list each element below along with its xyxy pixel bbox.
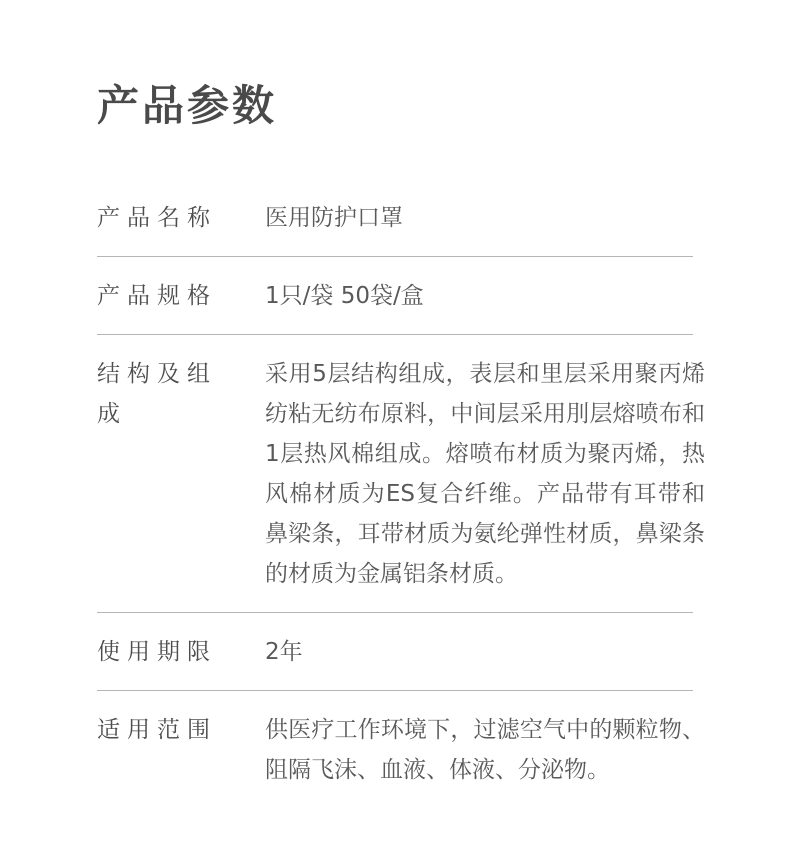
- spec-value-applicable-scope: 供医疗工作环境下，过滤空气中的颗粒物、阻隔飞沫、血液、体液、分泌物。: [265, 710, 705, 790]
- section-title: 产品参数: [97, 83, 705, 129]
- spec-row-shelf-life: 使用期限 2年: [97, 613, 705, 691]
- spec-value-shelf-life: 2年: [265, 632, 705, 672]
- spec-label-applicable-scope: 适用范围: [97, 710, 210, 750]
- spec-table: 产品名称 医用防护口罩 产品规格 1只/袋 50袋/盒 结构及组成 采用5层结构…: [97, 179, 705, 809]
- spec-label-product-spec: 产品规格: [97, 276, 210, 316]
- spec-row-product-name: 产品名称 医用防护口罩: [97, 179, 705, 257]
- spec-row-applicable-scope: 适用范围 供医疗工作环境下，过滤空气中的颗粒物、阻隔飞沫、血液、体液、分泌物。: [97, 691, 705, 809]
- spec-label-product-name: 产品名称: [97, 198, 210, 238]
- spec-row-structure-composition: 结构及组成 采用5层结构组成，表层和里层采用聚丙烯纺粘无纺布原料，中间层采用刖层…: [97, 335, 705, 613]
- spec-value-product-name: 医用防护口罩: [265, 198, 705, 238]
- spec-row-product-spec: 产品规格 1只/袋 50袋/盒: [97, 257, 705, 335]
- spec-value-structure-composition: 采用5层结构组成，表层和里层采用聚丙烯纺粘无纺布原料，中间层采用刖层熔喷布和1层…: [265, 354, 705, 594]
- product-parameters-section: 产品参数 产品名称 医用防护口罩 产品规格 1只/袋 50袋/盒 结构及组成 采…: [0, 0, 790, 809]
- spec-label-structure-composition: 结构及组成: [97, 354, 210, 434]
- spec-label-shelf-life: 使用期限: [97, 632, 210, 672]
- spec-value-product-spec: 1只/袋 50袋/盒: [265, 276, 705, 316]
